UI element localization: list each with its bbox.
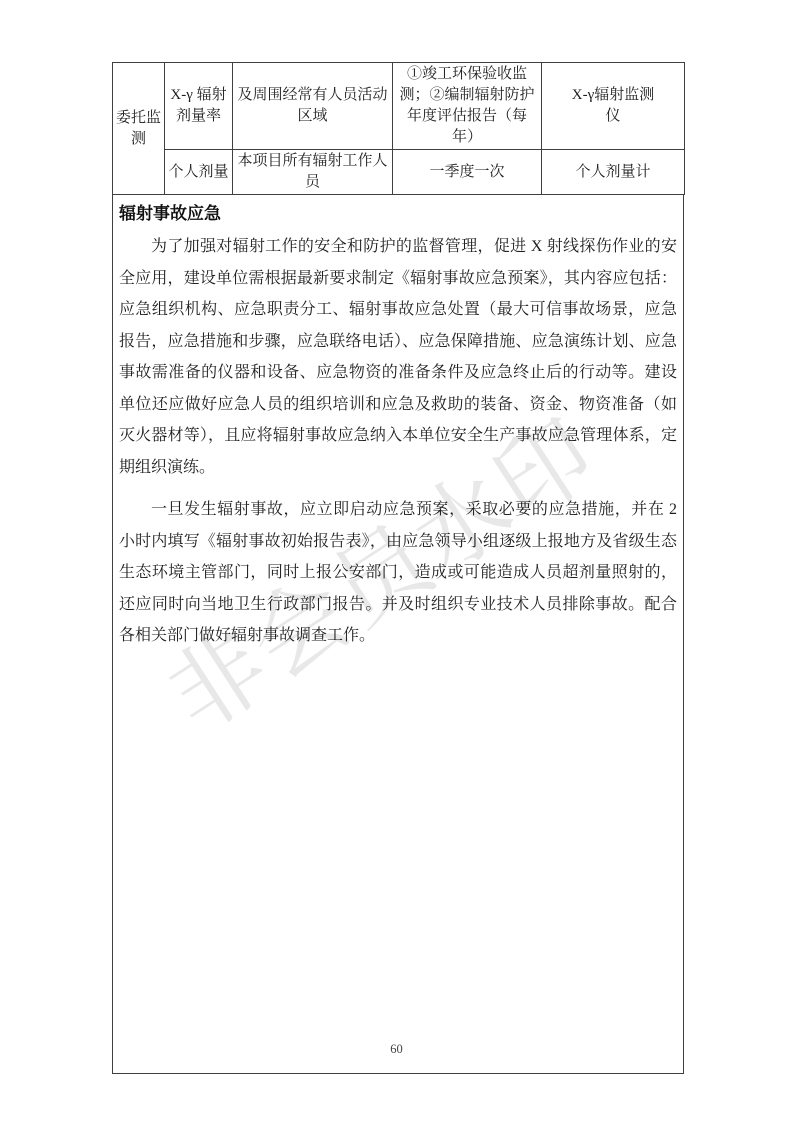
- emergency-section-box: 辐射事故应急 为了加强对辐射工作的安全和防护的监督管理，促进 X 射线探伤作业的…: [112, 195, 684, 1074]
- document-content: 委托监测 X-γ 辐射剂量率 及周围经常有人员活动区域 ①竣工环保验收监测；②编…: [112, 62, 684, 1074]
- table-cell-instrument-1: X-γ辐射监测仪: [542, 63, 685, 150]
- table-cell-target-2: 本项目所有辐射工作人员: [233, 150, 393, 195]
- table-row: 委托监测 X-γ 辐射剂量率 及周围经常有人员活动区域 ①竣工环保验收监测；②编…: [113, 63, 685, 150]
- table-cell-frequency-2: 一季度一次: [393, 150, 542, 195]
- monitoring-table: 委托监测 X-γ 辐射剂量率 及周围经常有人员活动区域 ①竣工环保验收监测；②编…: [112, 62, 685, 195]
- emergency-paragraph-2: 一旦发生辐射事故，应立即启动应急预案，采取必要的应急措施，并在 2 小时内填写《…: [119, 494, 677, 652]
- section-title: 辐射事故应急: [119, 199, 677, 229]
- page-number: 60: [0, 1042, 793, 1057]
- table-cell-instrument-1-text: X-γ辐射监测仪: [565, 85, 661, 127]
- table-cell-instrument-2: 个人剂量计: [542, 150, 685, 195]
- table-cell-item-2: 个人剂量: [165, 150, 233, 195]
- table-row: 个人剂量 本项目所有辐射工作人员 一季度一次 个人剂量计: [113, 150, 685, 195]
- table-cell-item-1: X-γ 辐射剂量率: [165, 63, 233, 150]
- table-cell-row-header: 委托监测: [113, 63, 165, 195]
- table-cell-target-1: 及周围经常有人员活动区域: [233, 63, 393, 150]
- emergency-paragraph-1: 为了加强对辐射工作的安全和防护的监督管理，促进 X 射线探伤作业的安全应用，建设…: [119, 231, 677, 483]
- table-cell-frequency-1: ①竣工环保验收监测；②编制辐射防护年度评估报告（每年）: [393, 63, 542, 150]
